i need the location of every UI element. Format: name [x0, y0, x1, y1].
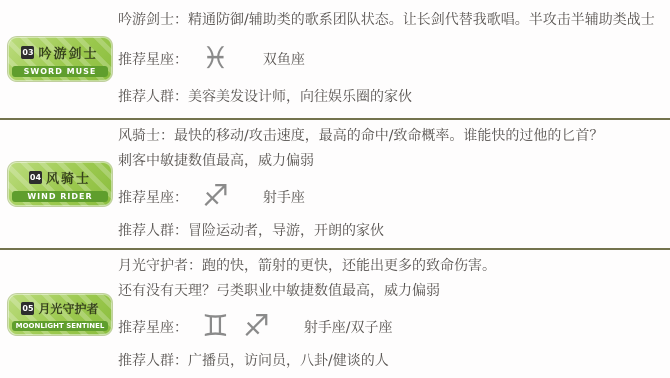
class-badge: 03 吟游剑士 SWORD MUSE [8, 37, 112, 81]
zodiac-name: 射手座 [263, 187, 305, 207]
class-section-moonlight-sentinel: 05 月光守护者 MOONLIGHT SENTINEL 月光守护者：跑的快，箭射… [0, 250, 670, 378]
sagittarius-icon: ♐ [202, 182, 229, 212]
zodiac-row: 推荐星座： ♐ 射手座 [118, 179, 664, 215]
gemini-icon: ♊ [202, 312, 229, 342]
badge-column: 05 月光守护者 MOONLIGHT SENTINEL [0, 250, 118, 378]
class-details: 吟游剑士：精通防御/辅助类的歌系团队状态。让长剑代替我歌唱。半攻击半辅助类战士 … [118, 0, 670, 118]
class-details: 风骑士：最快的移动/攻击速度，最高的命中/致命概率。谁能快的过他的匕首？ 刺客中… [118, 120, 670, 248]
class-name-cn: 吟游剑士 [38, 43, 98, 62]
class-number-tag: 04 [29, 171, 42, 184]
class-section-wind-rider: 04 风骑士 WIND RIDER 风骑士：最快的移动/攻击速度，最高的命中/致… [0, 120, 670, 248]
zodiac-name: 双鱼座 [263, 49, 305, 69]
audience-row: 推荐人群：美容美发设计师，向往娱乐圈的家伙 [118, 89, 664, 107]
pisces-icon: ♓ [202, 44, 229, 74]
class-badge: 04 风骑士 WIND RIDER [8, 162, 112, 206]
class-name-en: SWORD MUSE [12, 66, 108, 77]
audience-text: 美容美发设计师，向往娱乐圈的家伙 [188, 89, 412, 105]
zodiac-label: 推荐星座： [118, 187, 188, 207]
audience-row: 推荐人群：冒险运动者，导游，开朗的家伙 [118, 223, 664, 241]
class-number-tag: 03 [21, 46, 34, 59]
zodiac-label: 推荐星座： [118, 49, 188, 69]
audience-row: 推荐人群：广播员，访问员，八卦/健谈的人 [118, 353, 664, 371]
class-number-tag: 05 [21, 302, 34, 315]
class-name-en: MOONLIGHT SENTINEL [12, 321, 108, 331]
class-badge: 05 月光守护者 MOONLIGHT SENTINEL [8, 294, 112, 335]
audience-text: 广播员，访问员，八卦/健谈的人 [188, 353, 389, 369]
zodiac-row: 推荐星座： ♊ ♐ 射手座/双子座 [118, 309, 664, 345]
zodiac-label: 推荐星座： [118, 317, 188, 337]
class-description: 风骑士：最快的移动/攻击速度，最高的命中/致命概率。谁能快的过他的匕首？ [118, 128, 664, 146]
class-description: 月光守护者：跑的快，箭射的更快，还能出更多的致命伤害。 [118, 258, 664, 276]
class-note: 还有没有天理？弓类职业中敏捷数值最高，威力偏弱 [118, 283, 664, 301]
class-name-cn: 月光守护者 [38, 300, 98, 317]
zodiac-name: 射手座/双子座 [304, 317, 393, 337]
audience-label: 推荐人群： [118, 89, 188, 105]
class-description: 吟游剑士：精通防御/辅助类的歌系团队状态。让长剑代替我歌唱。半攻击半辅助类战士 [118, 12, 664, 30]
sagittarius-icon: ♐ [243, 312, 270, 342]
class-name-cn: 风骑士 [46, 168, 91, 187]
badge-column: 03 吟游剑士 SWORD MUSE [0, 0, 118, 118]
class-details: 月光守护者：跑的快，箭射的更快，还能出更多的致命伤害。 还有没有天理？弓类职业中… [118, 250, 670, 378]
class-section-sword-muse: 03 吟游剑士 SWORD MUSE 吟游剑士：精通防御/辅助类的歌系团队状态。… [0, 0, 670, 118]
class-guide-page: 03 吟游剑士 SWORD MUSE 吟游剑士：精通防御/辅助类的歌系团队状态。… [0, 0, 670, 378]
audience-label: 推荐人群： [118, 353, 188, 369]
audience-text: 冒险运动者，导游，开朗的家伙 [188, 223, 384, 239]
audience-label: 推荐人群： [118, 223, 188, 239]
class-name-en: WIND RIDER [12, 191, 108, 202]
badge-column: 04 风骑士 WIND RIDER [0, 120, 118, 248]
zodiac-row: 推荐星座： ♓ 双鱼座 [118, 41, 664, 77]
class-note: 刺客中敏捷数值最高，威力偏弱 [118, 153, 664, 171]
